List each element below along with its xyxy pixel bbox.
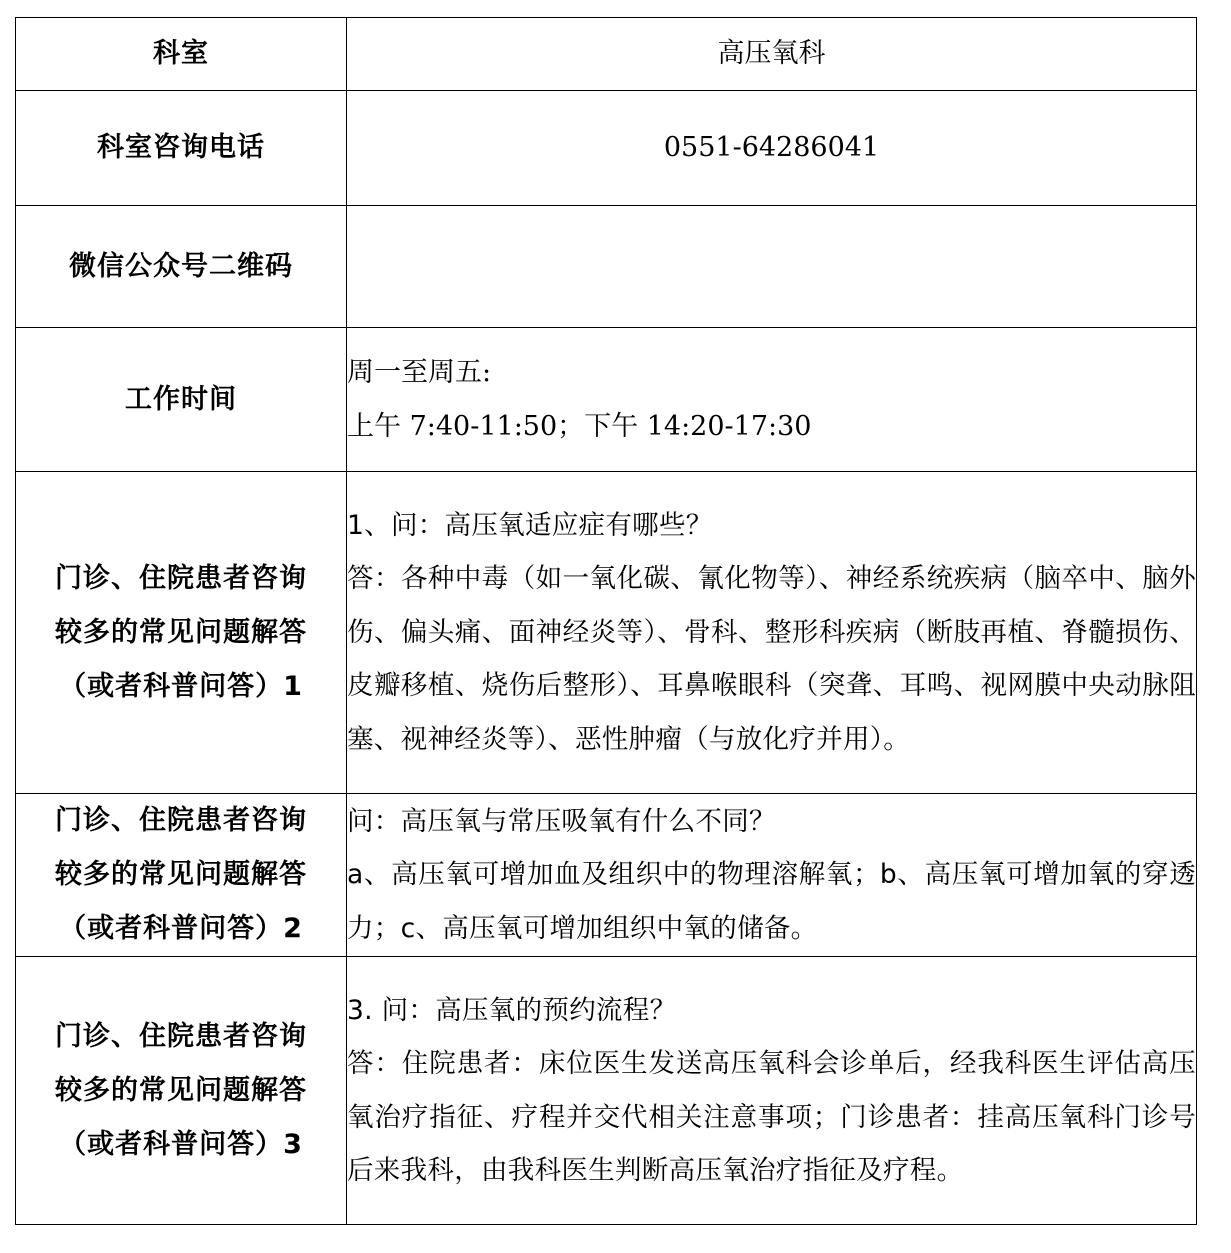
row-wechat-qr: 微信公众号二维码 xyxy=(16,206,1197,328)
department-label: 科室 xyxy=(16,18,347,91)
phone-value: 0551-64286041 xyxy=(347,91,1197,206)
faq-3-label-line-3: （或者科普问答）3 xyxy=(36,1118,326,1172)
working-days: 周一至周五: xyxy=(347,346,1196,400)
row-faq-2: 门诊、住院患者咨询 较多的常见问题解答 （或者科普问答）2 问：高压氧与常压吸氧… xyxy=(16,794,1197,957)
faq-2-label: 门诊、住院患者咨询 较多的常见问题解答 （或者科普问答）2 xyxy=(16,794,347,957)
department-info-table: 科室 高压氧科 科室咨询电话 0551-64286041 微信公众号二维码 工作… xyxy=(15,17,1197,1225)
faq-3-label: 门诊、住院患者咨询 较多的常见问题解答 （或者科普问答）3 xyxy=(16,957,347,1225)
faq-2-label-line-2: 较多的常见问题解答 xyxy=(36,848,326,902)
wechat-qr-label: 微信公众号二维码 xyxy=(16,206,347,328)
faq-2-label-line-1: 门诊、住院患者咨询 xyxy=(36,794,326,848)
faq-1-label-line-2: 较多的常见问题解答 xyxy=(36,606,326,660)
phone-label: 科室咨询电话 xyxy=(16,91,347,206)
faq-3-label-line-1: 门诊、住院患者咨询 xyxy=(36,1010,326,1064)
row-faq-3: 门诊、住院患者咨询 较多的常见问题解答 （或者科普问答）3 3. 问：高压氧的预… xyxy=(16,957,1197,1225)
faq-2-question: 问：高压氧与常压吸氧有什么不同？ xyxy=(347,795,1196,849)
faq-1-question: 1、问：高压氧适应症有哪些？ xyxy=(347,499,1196,553)
wechat-qr-value xyxy=(347,206,1197,328)
row-department: 科室 高压氧科 xyxy=(16,18,1197,91)
faq-3-content: 3. 问：高压氧的预约流程？ 答：住院患者：床位医生发送高压氧科会诊单后，经我科… xyxy=(347,957,1197,1225)
working-time-ranges: 上午 7:40-11:50；下午 14:20-17:30 xyxy=(347,400,1196,454)
row-working-hours: 工作时间 周一至周五: 上午 7:40-11:50；下午 14:20-17:30 xyxy=(16,328,1197,472)
faq-2-content: 问：高压氧与常压吸氧有什么不同？ a、高压氧可增加血及组织中的物理溶解氧；b、高… xyxy=(347,794,1197,957)
faq-1-answer: 答：各种中毒（如一氧化碳、氰化物等）、神经系统疾病（脑卒中、脑外伤、偏头痛、面神… xyxy=(347,552,1196,766)
row-faq-1: 门诊、住院患者咨询 较多的常见问题解答 （或者科普问答）1 1、问：高压氧适应症… xyxy=(16,472,1197,794)
faq-3-label-line-2: 较多的常见问题解答 xyxy=(36,1064,326,1118)
faq-1-content: 1、问：高压氧适应症有哪些？ 答：各种中毒（如一氧化碳、氰化物等）、神经系统疾病… xyxy=(347,472,1197,794)
faq-2-answer: a、高压氧可增加血及组织中的物理溶解氧；b、高压氧可增加氧的穿透力；c、高压氧可… xyxy=(347,848,1196,955)
faq-1-label: 门诊、住院患者咨询 较多的常见问题解答 （或者科普问答）1 xyxy=(16,472,347,794)
row-phone: 科室咨询电话 0551-64286041 xyxy=(16,91,1197,206)
working-hours-value: 周一至周五: 上午 7:40-11:50；下午 14:20-17:30 xyxy=(347,328,1197,472)
faq-1-label-line-3: （或者科普问答）1 xyxy=(36,660,326,714)
department-value: 高压氧科 xyxy=(347,18,1197,91)
faq-3-question: 3. 问：高压氧的预约流程？ xyxy=(347,984,1196,1038)
faq-3-answer: 答：住院患者：床位医生发送高压氧科会诊单后，经我科医生评估高压氧治疗指征、疗程并… xyxy=(347,1037,1196,1198)
working-hours-label: 工作时间 xyxy=(16,328,347,472)
faq-2-label-line-3: （或者科普问答）2 xyxy=(36,902,326,956)
faq-1-label-line-1: 门诊、住院患者咨询 xyxy=(36,552,326,606)
